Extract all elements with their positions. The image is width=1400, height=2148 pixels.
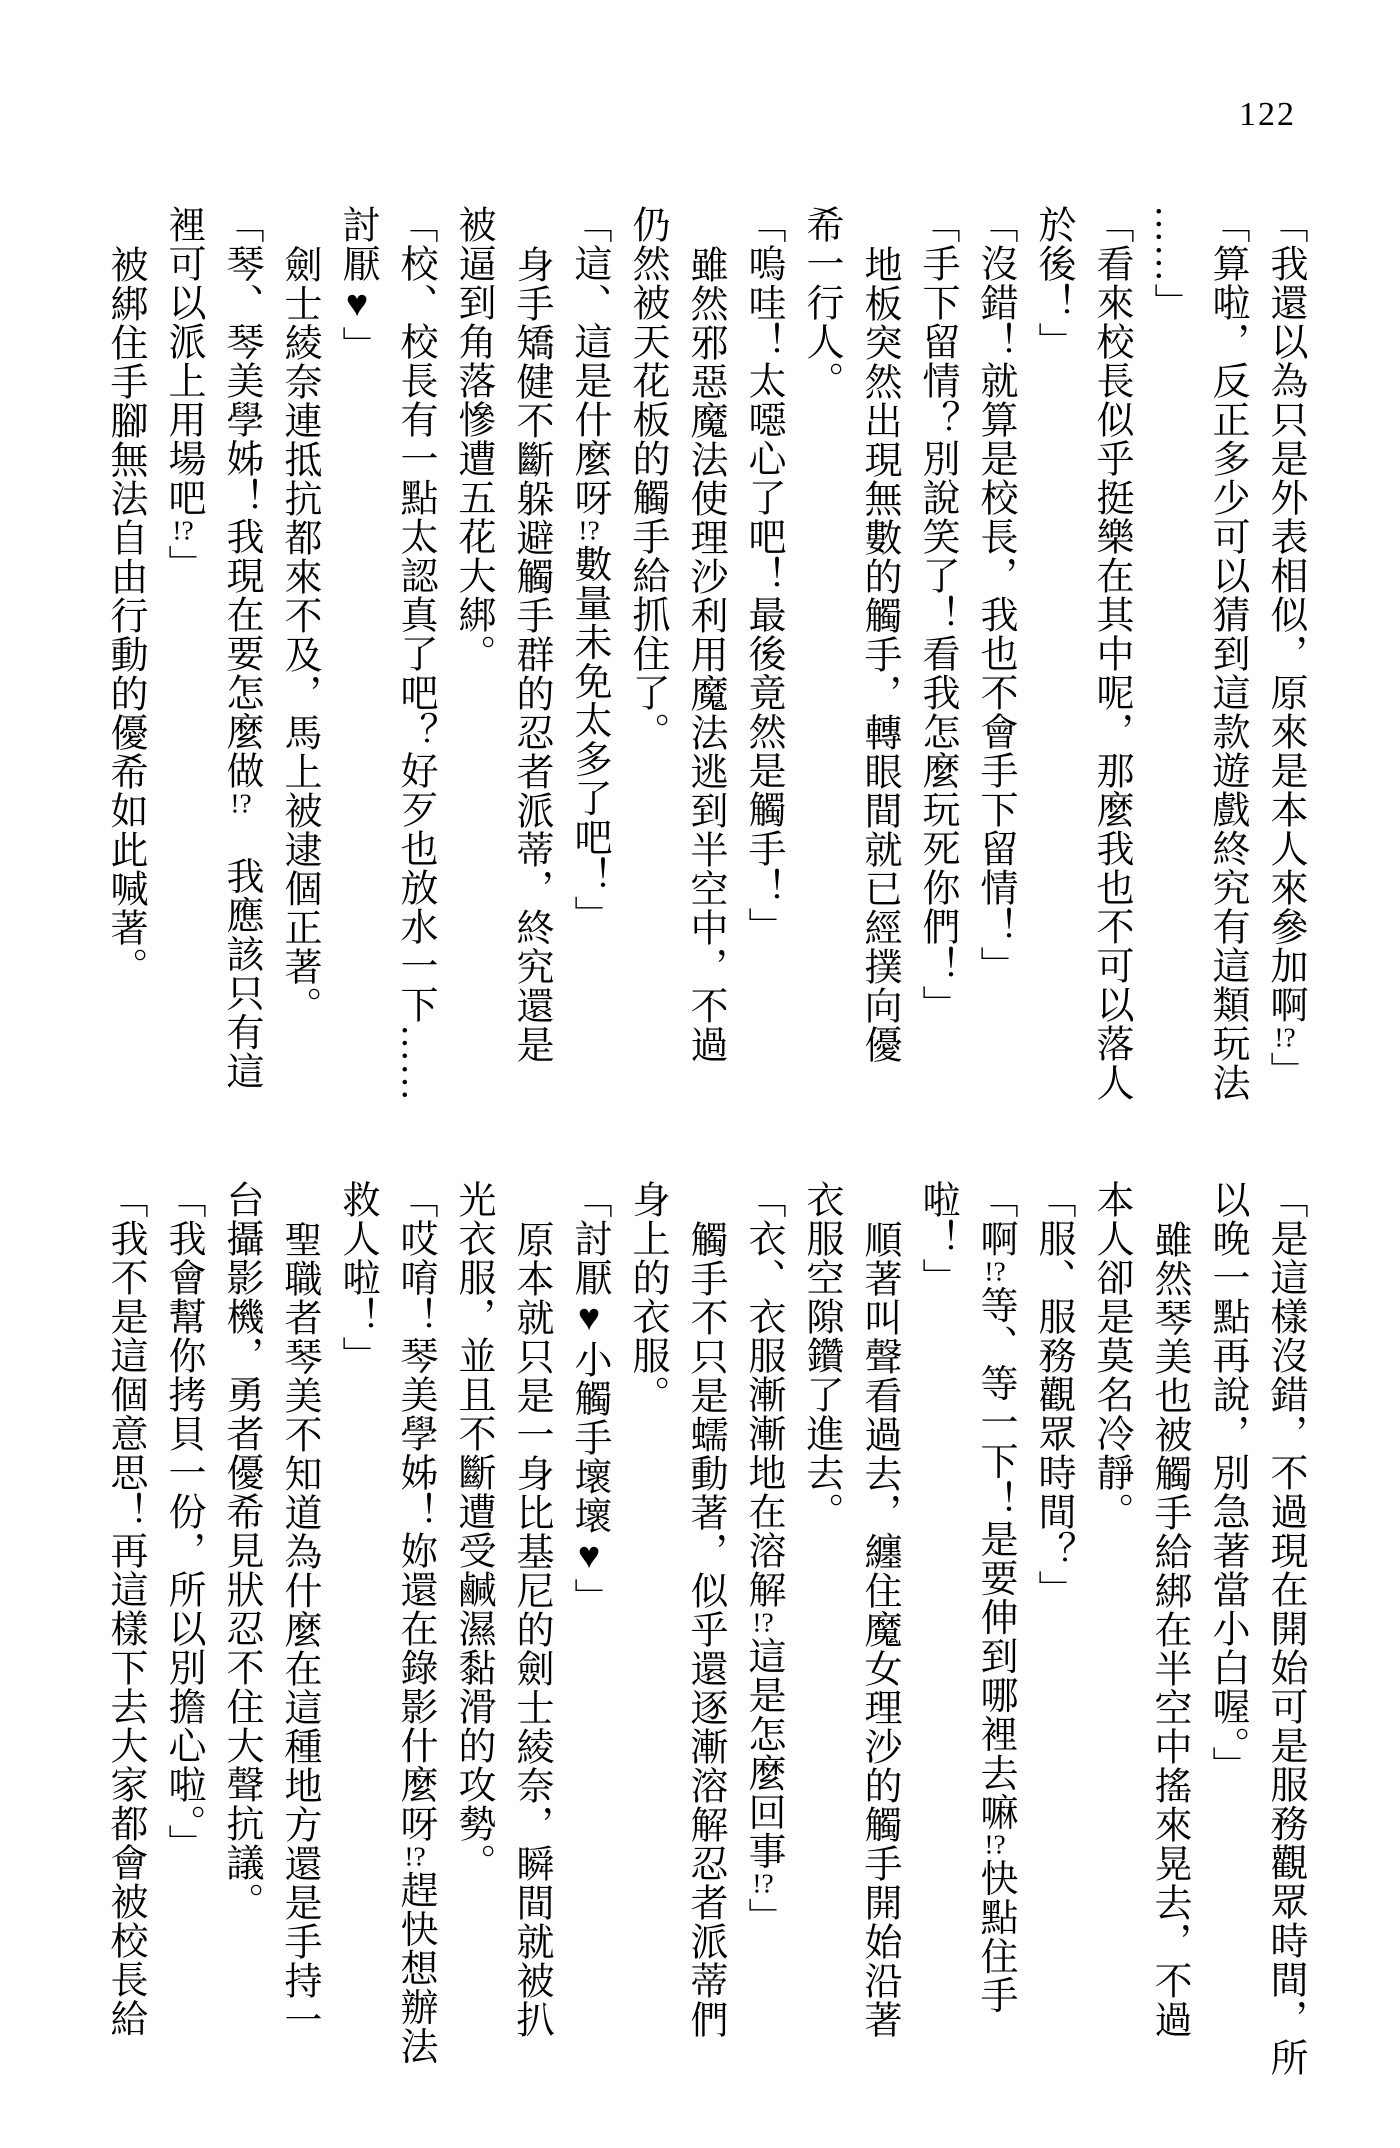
text-column: 台攝影機，勇者優希見狀忍不住大聲抗議。 xyxy=(212,1180,270,2110)
exclamation-question-mark: !? xyxy=(980,1831,1010,1858)
text-column: 「討厭♥小觸手壞壞♥」 xyxy=(560,1180,618,2110)
text-column: ……」 xyxy=(1140,205,1198,1135)
text-column: 「看來校長似乎挺樂在其中呢，那麼我也不可以落人 xyxy=(1082,205,1140,1135)
text-column: 「是這樣沒錯，不過現在開始可是服務觀眾時間，所 xyxy=(1256,1180,1314,2110)
text-column: 身手矯健不斷躲避觸手群的忍者派蒂，終究還是 xyxy=(502,205,560,1135)
text-column: 「啊!?等、等一下！是要伸到哪裡去嘛!?快點住手 xyxy=(966,1180,1024,2110)
text-column: 「我會幫你拷貝一份，所以別擔心啦。」 xyxy=(154,1180,212,2110)
exclamation-question-mark: !? xyxy=(226,790,256,817)
text-column: 雖然邪惡魔法使理沙利用魔法逃到半空中，不過 xyxy=(676,205,734,1135)
exclamation-question-mark: !? xyxy=(748,1870,778,1897)
text-column: 啦！」 xyxy=(908,1180,966,2110)
text-column: 順著叫聲看過去，纏住魔女理沙的觸手開始沿著 xyxy=(850,1180,908,2110)
text-column: 希一行人。 xyxy=(792,205,850,1135)
text-column: 被綁住手腳無法自由行動的優希如此喊著。 xyxy=(96,205,154,1135)
text-column: 仍然被天花板的觸手給抓住了。 xyxy=(618,205,676,1135)
text-column: 救人啦！」 xyxy=(328,1180,386,2110)
text-column: 觸手不只是蠕動著，似乎還逐漸溶解忍者派蒂們 xyxy=(676,1180,734,2110)
text-column: 身上的衣服。 xyxy=(618,1180,676,2110)
text-column: 討厭♥」 xyxy=(328,205,386,1135)
text-column: 以晚一點再說，別急著當小白喔。」 xyxy=(1198,1180,1256,2110)
text-column: 本人卻是莫名冷靜。 xyxy=(1082,1180,1140,2110)
text-column: 被逼到角落慘遭五花大綁。 xyxy=(444,205,502,1135)
text-column: 光衣服，並且不斷遭受鹹濕黏滑的攻勢。 xyxy=(444,1180,502,2110)
exclamation-question-mark: !? xyxy=(980,1258,1010,1285)
text-column: 「嗚哇！太噁心了吧！最後竟然是觸手！」 xyxy=(734,205,792,1135)
bottom-text-block: 「是這樣沒錯，不過現在開始可是服務觀眾時間，所 以晚一點再說，別急著當小白喔。」… xyxy=(96,1180,1314,2110)
page-number: 122 xyxy=(1239,96,1296,134)
text-column: 劍士綾奈連抵抗都來不及，馬上被逮個正著。 xyxy=(270,205,328,1135)
text-column: 衣服空隙鑽了進去。 xyxy=(792,1180,850,2110)
text-column: 「算啦，反正多少可以猜到這款遊戲終究有這類玩法 xyxy=(1198,205,1256,1135)
text-column: 「哎唷！琴美學姊！妳還在錄影什麼呀!?趕快想辦法 xyxy=(386,1180,444,2110)
text-column: 「服、服務觀眾時間？」 xyxy=(1024,1180,1082,2110)
exclamation-question-mark: !? xyxy=(1270,1024,1300,1051)
text-column: 「這、這是什麼呀!?數量未免太多了吧！」 xyxy=(560,205,618,1135)
text-column: 雖然琴美也被觸手給綁在半空中搖來晃去，不過 xyxy=(1140,1180,1198,2110)
text-column: 「我不是這個意思！再這樣下去大家都會被校長給 xyxy=(96,1180,154,2110)
text-column: 「沒錯！就算是校長，我也不會手下留情！」 xyxy=(966,205,1024,1135)
novel-page: 122 「我還以為只是外表相似，原來是本人來參加啊!?」 「算啦，反正多少可以猜… xyxy=(0,0,1400,2148)
text-column: 「校、校長有一點太認真了吧？好歹也放水一下…… xyxy=(386,205,444,1135)
exclamation-question-mark: !? xyxy=(574,517,604,544)
text-column: 「手下留情？別說笑了！看我怎麼玩死你們！」 xyxy=(908,205,966,1135)
text-column: 於後！」 xyxy=(1024,205,1082,1135)
text-column: 「衣、衣服漸漸地在溶解!?這是怎麼回事!?」 xyxy=(734,1180,792,2110)
exclamation-question-mark: !? xyxy=(400,1843,430,1870)
text-column: 原本就只是一身比基尼的劍士綾奈，瞬間就被扒 xyxy=(502,1180,560,2110)
text-column: 「琴、琴美學姊！我現在要怎麼做!? 我應該只有這 xyxy=(212,205,270,1135)
text-column: 地板突然出現無數的觸手，轉眼間就已經撲向優 xyxy=(850,205,908,1135)
text-column: 「我還以為只是外表相似，原來是本人來參加啊!?」 xyxy=(1256,205,1314,1135)
exclamation-question-mark: !? xyxy=(168,517,198,544)
text-column: 裡可以派上用場吧!?」 xyxy=(154,205,212,1135)
text-column: 聖職者琴美不知道為什麼在這種地方還是手持一 xyxy=(270,1180,328,2110)
exclamation-question-mark: !? xyxy=(748,1609,778,1636)
top-text-block: 「我還以為只是外表相似，原來是本人來參加啊!?」 「算啦，反正多少可以猜到這款遊… xyxy=(96,205,1314,1135)
